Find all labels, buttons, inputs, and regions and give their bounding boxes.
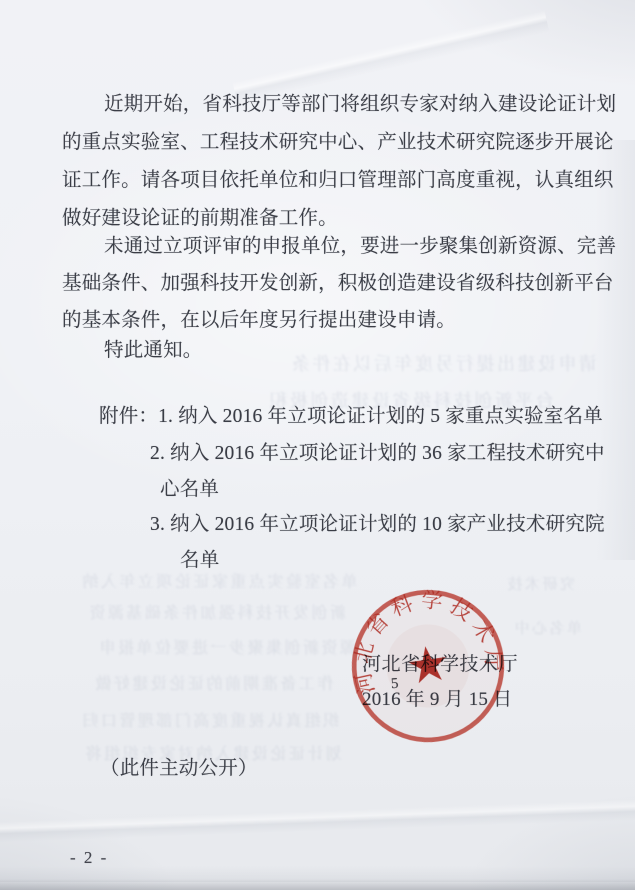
seal-graphic: 河北省科学技术厅 ★ xyxy=(340,578,516,754)
attachment-line3: 心名单 xyxy=(160,479,219,501)
paper-edge-shading xyxy=(596,140,635,560)
paragraph2-line2: 基础条件、加强科技开发创新，积极创造建设省级科技创新平台 xyxy=(62,273,614,295)
bleed-through-text: 请申设建出提行另度年后以在件条 xyxy=(267,350,597,376)
scan-bottom-shadow xyxy=(0,866,635,882)
bleed-through-text: 织组真认视重度高门部理管口归 xyxy=(80,708,339,731)
scan-bottom-edge xyxy=(0,879,635,890)
paragraph1-line2: 的重点实验室、工程技术研究中心、产业技术研究院逐步开展论 xyxy=(62,132,614,154)
paragraph2-line1: 未通过立项评审的申报单位，要进一步聚集创新资源、完善 xyxy=(104,236,616,258)
paragraph1-line4: 做好建设论证的前期准备工作。 xyxy=(62,208,338,230)
bleed-through-text: 单名心中 xyxy=(512,617,582,638)
paper-crease xyxy=(0,779,635,856)
page-number: - 2 - xyxy=(70,848,108,868)
attachment-line4: 3. 纳入 2016 年立项论证计划的 10 家产业技术研究院 xyxy=(150,514,605,536)
closing-line: 特此通知。 xyxy=(104,340,203,362)
bleed-through-text: 源资新创集聚步一进要位单报申 xyxy=(97,635,356,658)
paragraph1-line3: 证工作。请各项目依托单位和归口管理部门高度重视，认真组织 xyxy=(62,170,614,192)
scanned-document-page: 请申设建出提行另度年后以在件条 台平新创技科级省设建造创极积 单名室验实点重家证… xyxy=(0,0,635,890)
seal-star-icon: ★ xyxy=(402,635,453,696)
attachment-line2: 2. 纳入 2016 年立项论证计划的 36 家工程技术研究中 xyxy=(150,443,605,465)
official-seal: 河北省科学技术厅 ★ xyxy=(340,578,516,754)
bleed-through-text: 作工备准期前的证论设建好做 xyxy=(93,671,334,694)
paragraph1-line1: 近期开始，省科技厅等部门将组织专家对纳入建设论证计划 xyxy=(104,94,616,116)
attachment-line1: 附件：1. 纳入 2016 年立项论证计划的 5 家重点实验室名单 xyxy=(99,406,603,428)
bleed-through-text: 新创发开技科强加件条础基源资 xyxy=(87,600,346,623)
bleed-through-text: 究研术技 xyxy=(505,573,575,594)
public-disclosure-note: （此件主动公开） xyxy=(100,758,258,780)
bleed-through-text: 单名室验实点重家证论项立年入纳 xyxy=(80,569,358,592)
paragraph2-line3: 的基本条件，在以后年度另行提出建设申请。 xyxy=(62,310,456,332)
attachment-line5: 名单 xyxy=(180,550,219,572)
